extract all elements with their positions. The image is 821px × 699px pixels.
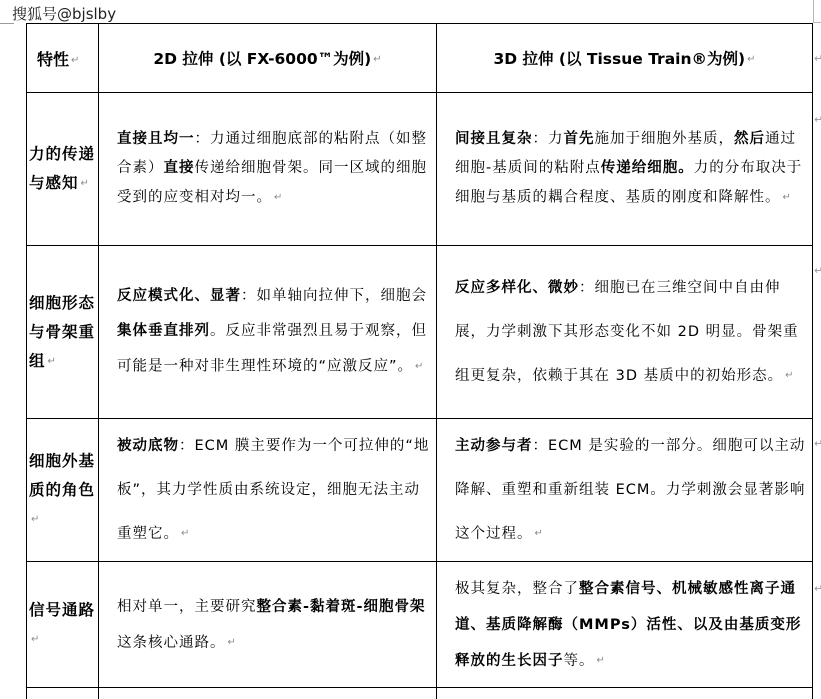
cell-empty — [99, 688, 437, 699]
row-feature: 信号通路↵ — [27, 562, 99, 688]
paragraph-mark-icon: ↵ — [81, 178, 90, 189]
emphasis-text: 直接 — [164, 160, 195, 176]
emphasis-text: 集体垂直排列 — [117, 323, 210, 339]
row-end-mark-icon: ↵ — [814, 113, 821, 126]
table-row: 信号通路↵ 相对单一，主要研究整合素-黏着斑-细胞骨架这条核心通路。↵ 极其复杂… — [27, 562, 813, 688]
cell-2d: 被动底物：ECM 膜主要作为一个可拉伸的“地板”，其力学性质由系统设定，细胞无法… — [99, 419, 437, 562]
header-feature: 特性↵ — [27, 24, 99, 93]
header-2d-stretch: 2D 拉伸 (以 FX-6000™为例)↵ — [99, 24, 437, 93]
paragraph-mark-icon: ↵ — [181, 528, 190, 539]
cell-3d: 间接且复杂：力首先施加于细胞外基质，然后通过细胞-基质间的粘附点传递给细胞。力的… — [437, 93, 813, 246]
paragraph-mark-icon: ↵ — [597, 655, 606, 666]
row-end-mark-icon: ↵ — [814, 437, 821, 450]
cell-empty — [27, 688, 99, 699]
cell-2d: 相对单一，主要研究整合素-黏着斑-细胞骨架这条核心通路。↵ — [99, 562, 437, 688]
cell-empty — [437, 688, 813, 699]
body-text: 相对单一，主要研究 — [117, 599, 257, 615]
document-page: 搜狐号@bjslby 特性↵ 2D 拉伸 (以 FX-6000™为例)↵ 3D … — [0, 0, 821, 699]
table-row-partial — [27, 688, 813, 699]
paragraph-mark-icon: ↵ — [274, 192, 283, 203]
emphasis-text: 整合素-黏着斑-细胞骨架 — [257, 599, 426, 615]
paragraph-mark-icon: ↵ — [535, 528, 544, 539]
cell-3d: 极其复杂，整合了整合素信号、机械敏感性离子通道、基质降解酶（MMPs）活性、以及… — [437, 562, 813, 688]
body-text: ：如单轴向拉伸下，细胞会 — [241, 288, 427, 304]
emphasis-text: 主动参与者 — [455, 438, 533, 454]
table-row: 细胞形态与骨架重组↵ 反应模式化、显著：如单轴向拉伸下，细胞会集体垂直排列。反应… — [27, 246, 813, 419]
paragraph-mark-icon: ↵ — [415, 361, 424, 372]
emphasis-text: 传递给细胞。 — [601, 160, 694, 176]
margin-corner-mark-right — [813, 0, 821, 23]
paragraph-mark-icon: ↵ — [31, 634, 40, 645]
emphasis-text: 反应模式化、显著 — [117, 288, 241, 304]
row-feature: 细胞形态与骨架重组↵ — [27, 246, 99, 419]
body-text: 施加于细胞外基质， — [595, 131, 735, 147]
table-row: 细胞外基质的角色↵ 被动底物：ECM 膜主要作为一个可拉伸的“地板”，其力学性质… — [27, 419, 813, 562]
row-feature: 细胞外基质的角色↵ — [27, 419, 99, 562]
emphasis-text: 首先 — [564, 131, 595, 147]
cell-3d: 反应多样化、微妙：细胞已在三维空间中自由伸展，力学刺激下其形态变化不如 2D 明… — [437, 246, 813, 419]
comparison-table: 特性↵ 2D 拉伸 (以 FX-6000™为例)↵ 3D 拉伸 (以 Tissu… — [26, 23, 813, 699]
row-feature: 力的传递与感知↵ — [27, 93, 99, 246]
cell-3d: 主动参与者：ECM 是实验的一部分。细胞可以主动降解、重塑和重新组装 ECM。力… — [437, 419, 813, 562]
emphasis-text: 间接且复杂 — [455, 131, 533, 147]
paragraph-mark-icon: ↵ — [783, 192, 792, 203]
paragraph-mark-icon: ↵ — [785, 370, 794, 381]
watermark: 搜狐号@bjslby — [12, 3, 116, 24]
body-text: 等。 — [564, 653, 595, 669]
emphasis-text: 然后 — [734, 131, 765, 147]
header-3d-stretch: 3D 拉伸 (以 Tissue Train®为例)↵ — [437, 24, 813, 93]
body-text: 极其复杂，整合了 — [455, 581, 579, 597]
row-end-mark-icon: ↵ — [814, 582, 821, 595]
emphasis-text: 被动底物 — [117, 438, 179, 454]
paragraph-mark-icon: ↵ — [71, 55, 79, 66]
paragraph-mark-icon: ↵ — [228, 637, 237, 648]
paragraph-mark-icon: ↵ — [747, 54, 755, 65]
emphasis-text: 直接且均一 — [117, 131, 195, 147]
table-header-row: 特性↵ 2D 拉伸 (以 FX-6000™为例)↵ 3D 拉伸 (以 Tissu… — [27, 24, 813, 93]
body-text: ：力 — [533, 131, 564, 147]
paragraph-mark-icon: ↵ — [373, 54, 381, 65]
paragraph-mark-icon: ↵ — [48, 356, 57, 367]
emphasis-text: 反应多样化、微妙 — [455, 280, 579, 296]
cell-2d: 直接且均一：力通过细胞底部的粘附点（如整合素）直接传递给细胞骨架。同一区域的细胞… — [99, 93, 437, 246]
cell-2d: 反应模式化、显著：如单轴向拉伸下，细胞会集体垂直排列。反应非常强烈且易于观察，但… — [99, 246, 437, 419]
row-end-mark-icon: ↵ — [814, 264, 821, 277]
paragraph-mark-icon: ↵ — [31, 514, 40, 525]
body-text: 这条核心通路。 — [117, 635, 226, 651]
table-row: 力的传递与感知↵ 直接且均一：力通过细胞底部的粘附点（如整合素）直接传递给细胞骨… — [27, 93, 813, 246]
row-end-mark-icon: ↵ — [814, 52, 821, 65]
